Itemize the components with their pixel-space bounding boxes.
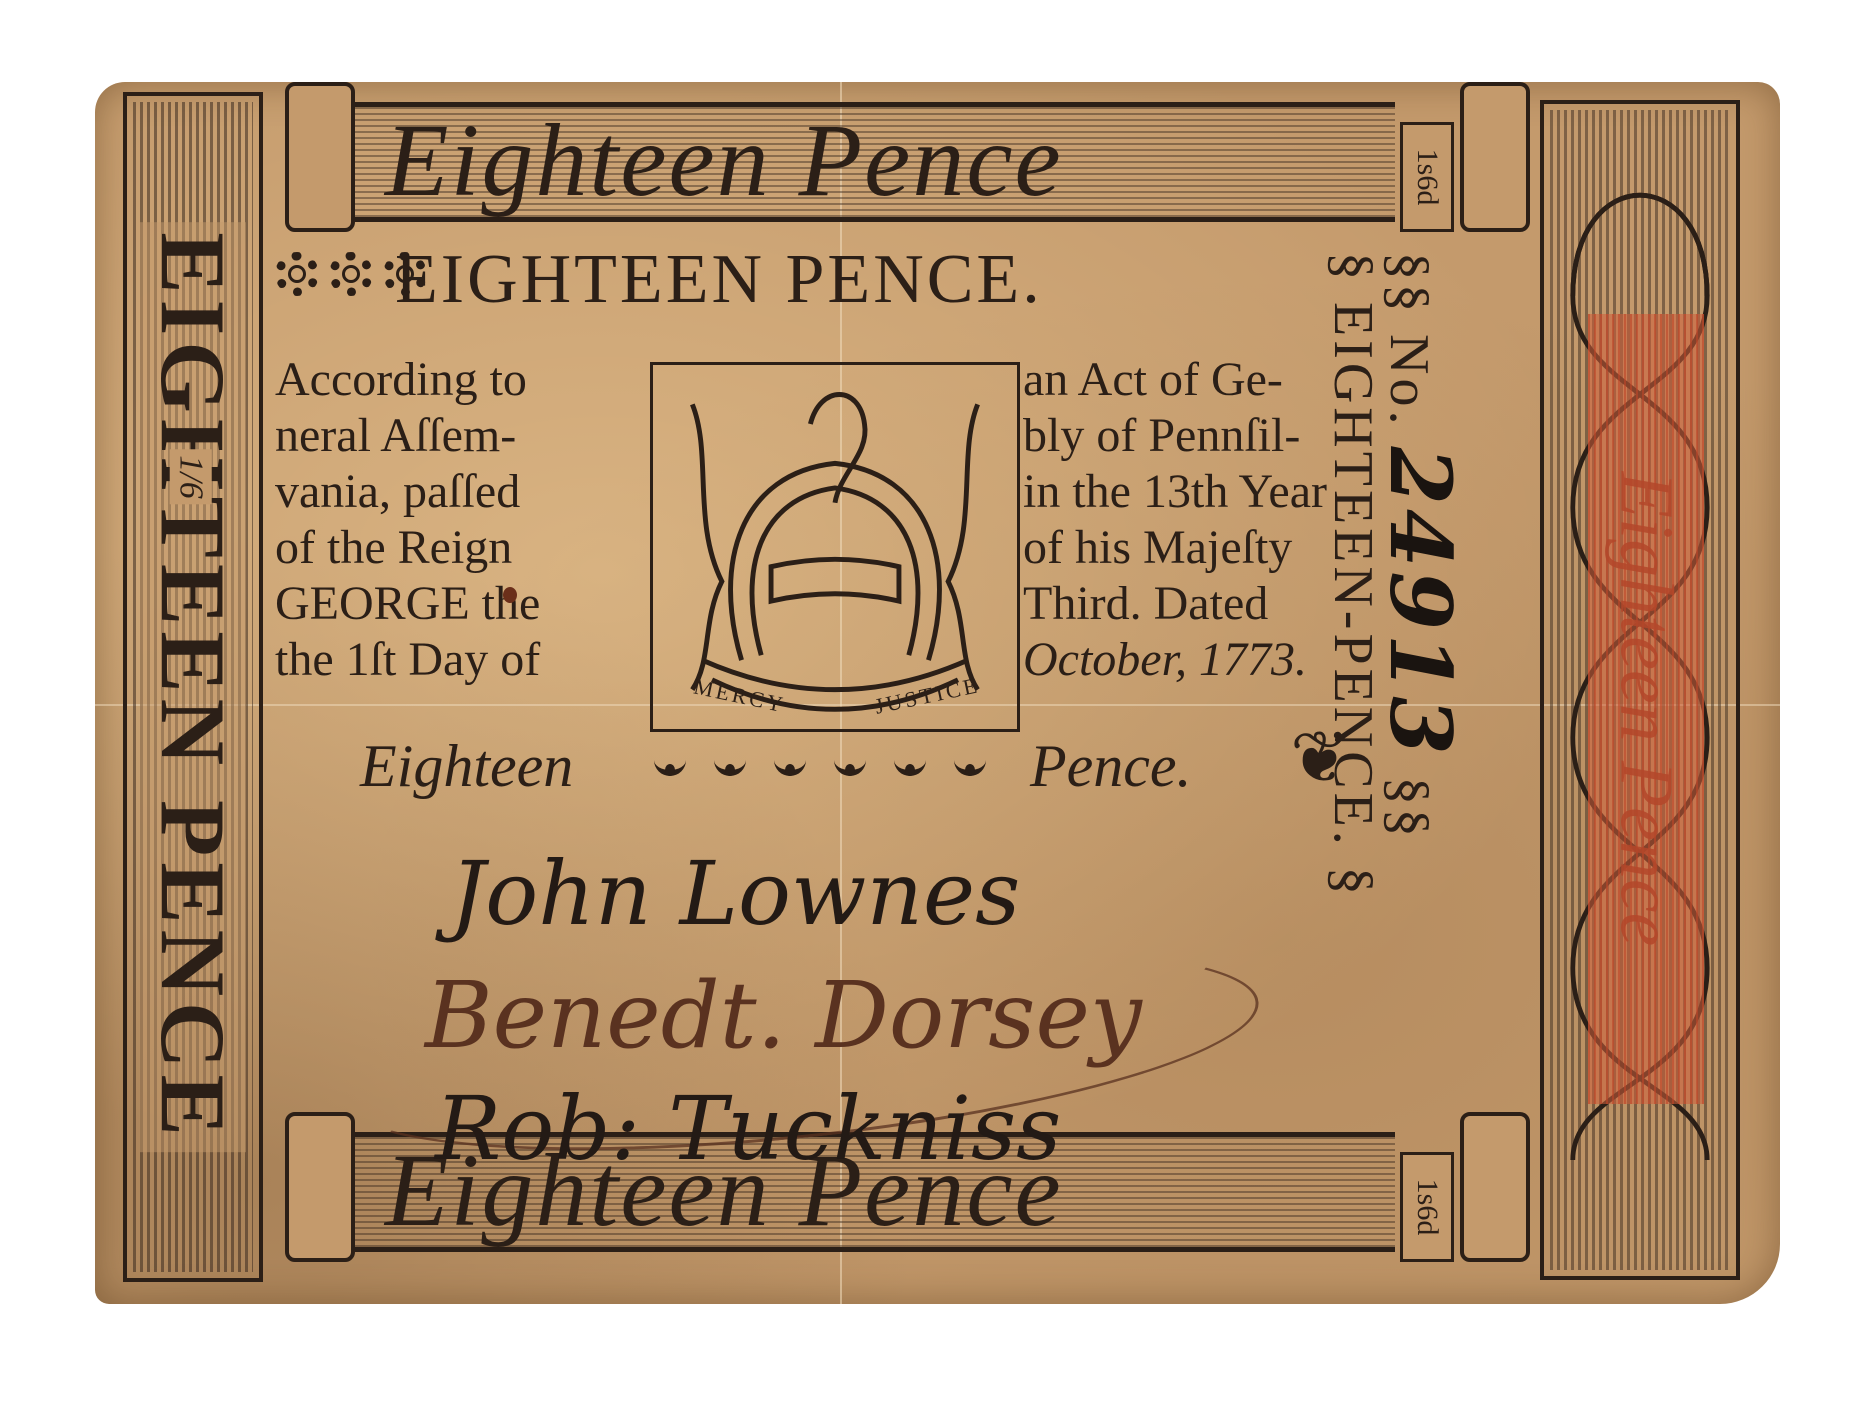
ornament-icon (650, 750, 690, 780)
text-line: of his Majeſty (1023, 520, 1327, 576)
headline: EIGHTEEN PENCE. (395, 240, 1043, 320)
ornament-icon (890, 750, 930, 780)
rosette-icon (275, 252, 319, 296)
text-line: an Act of Ge- (1023, 352, 1327, 408)
serial-prefix: §§ No. (1378, 252, 1440, 428)
scroll-cap-left (285, 1112, 355, 1262)
banknote: EIGHTEEN PENCE 1/6 Eighteen Pence 1s6d E… (95, 82, 1780, 1304)
ornament-icon (830, 750, 870, 780)
serial-suffix: §§ (1378, 777, 1440, 841)
text-line: of the Reign (275, 520, 540, 576)
top-script: Eighteen Pence (385, 101, 1063, 220)
scroll-cap-right (1460, 1112, 1530, 1262)
top-banner: Eighteen Pence (355, 102, 1395, 222)
red-seal-text: Eighteen Pence (1603, 472, 1690, 947)
body-text-right: an Act of Ge- bly of Pennſil- in the 13t… (1023, 352, 1327, 688)
ornament-icon (770, 750, 810, 780)
text-line: vania, paſſed (275, 464, 540, 520)
text-line: GEORGE the (275, 576, 540, 632)
scroll-cap-left (285, 82, 355, 232)
text-line: the 1ſt Day of (275, 632, 540, 688)
scroll-cap-right (1460, 82, 1530, 232)
lower-line-left: Eighteen (360, 732, 573, 801)
signature-3: Rob: Tuckniss (435, 1077, 1061, 1180)
text-line: October, 1773. (1023, 632, 1327, 688)
signature-1: John Lownes (450, 842, 1020, 945)
text-line: Third. Dated (1023, 576, 1327, 632)
body-text-left: According to neral Aſſem- vania, paſſed … (275, 352, 540, 688)
text-line: in the 13th Year (1023, 464, 1327, 520)
right-border: Eighteen Pence (1540, 100, 1740, 1280)
text-line: bly of Pennſil- (1023, 408, 1327, 464)
ornament-icon (710, 750, 750, 780)
text-line: neral Aſſem- (275, 408, 540, 464)
red-seal-panel: Eighteen Pence (1588, 314, 1704, 1104)
top-corner-value: 1s6d (1400, 122, 1454, 232)
lower-line-right: Pence. (1030, 732, 1192, 801)
serial-number: 24913 (1371, 446, 1470, 758)
left-border: EIGHTEEN PENCE 1/6 (123, 92, 263, 1282)
left-border-text: EIGHTEEN PENCE (140, 222, 246, 1152)
ornament-icon (950, 750, 990, 780)
ink-stain (503, 587, 517, 603)
top-cartouche: Eighteen Pence 1s6d (275, 82, 1515, 262)
rosette-icon (329, 252, 373, 296)
text-line: According to (275, 352, 540, 408)
vertical-serial-line: §§ No. 24913 §§ (1371, 252, 1470, 841)
ornament-row (650, 750, 990, 780)
coat-of-arms-vignette: MERCY JUSTICE (650, 362, 1020, 732)
bottom-corner-value: 1s6d (1400, 1152, 1454, 1262)
left-border-mark: 1/6 (170, 449, 212, 504)
signature-2: Benedt. Dorsey (425, 962, 1142, 1069)
